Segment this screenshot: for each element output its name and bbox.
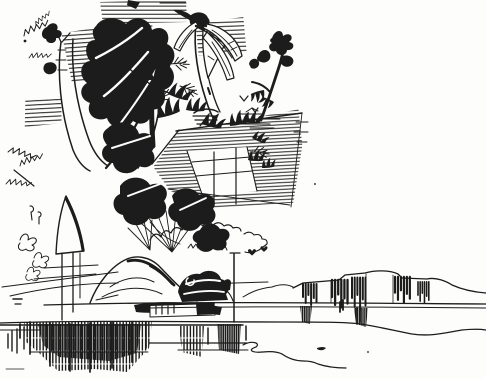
- shoreline: [243, 324, 486, 368]
- sketch-svg: [0, 0, 486, 379]
- waterline-1: [44, 303, 486, 305]
- waterline-2: [150, 307, 486, 308]
- canopy-mass-2: [102, 122, 155, 173]
- ink-sketch-canvas: [0, 0, 486, 379]
- distant-hills-buildings: [44, 271, 486, 324]
- mound: [90, 253, 268, 322]
- sail-structure: [2, 196, 118, 320]
- ink-speck: [314, 183, 316, 185]
- mound-dark-ridge: [128, 260, 174, 285]
- shore-curve: [361, 324, 486, 335]
- hill-roofline: [293, 271, 486, 293]
- dark-rocks: [178, 271, 229, 302]
- ink-dot: [24, 40, 27, 43]
- boat: [150, 303, 215, 317]
